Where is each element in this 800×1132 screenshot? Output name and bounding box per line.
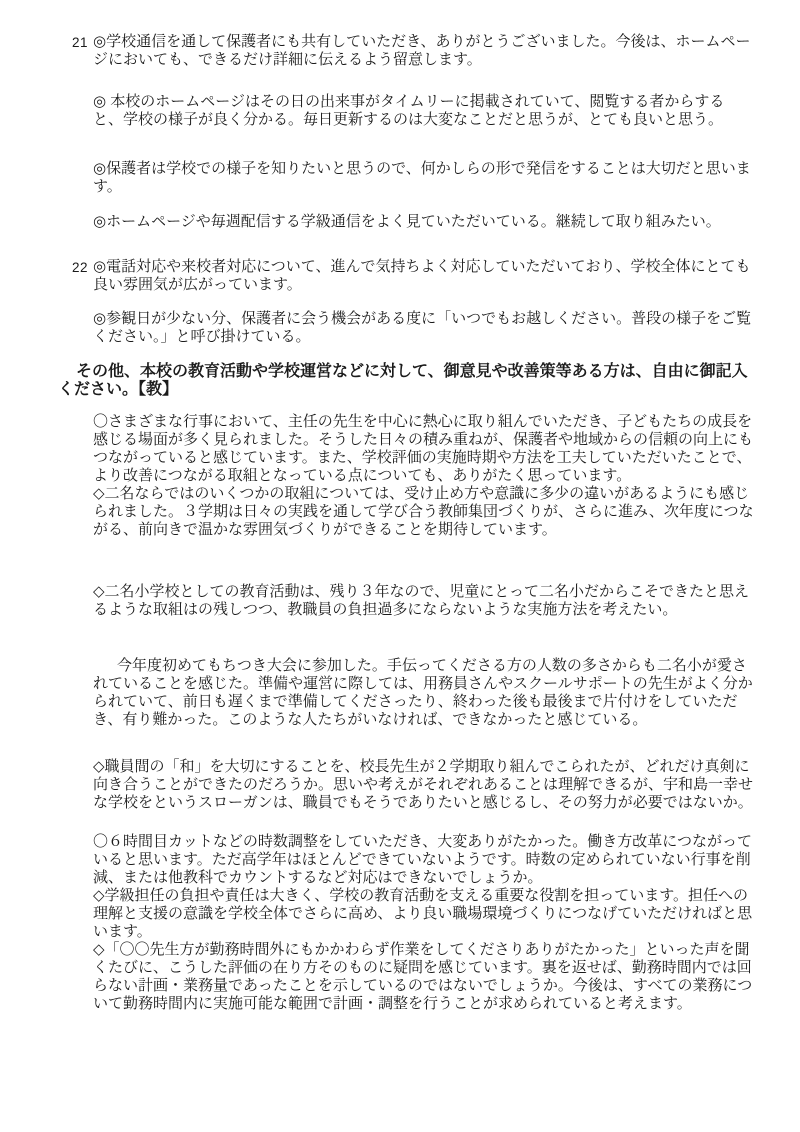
comment-paragraph: ◇「〇〇先生方が勤務時間外にもかかわらず作業をしてくださりありがたかった」といっ… — [93, 941, 754, 1013]
comment-paragraph: ◎学校通信を通して保護者にも共有していただき、ありがとうございました。今後は、ホ… — [93, 33, 754, 69]
item-number: 22 — [72, 259, 88, 277]
comment-paragraph: ◇二名小学校としての教育活動は、残り３年なので、児童にとって二名小だからこそでき… — [93, 583, 754, 619]
item-number: 21 — [72, 34, 88, 52]
item-21: 21 ◎学校通信を通して保護者にも共有していただき、ありがとうございました。今後… — [93, 33, 754, 231]
comment-paragraph: ◇職員間の「和」を大切にすることを、校長先生が２学期取り組んでこられたが、どれだ… — [93, 758, 754, 812]
comment-paragraph: ◇二名ならではのいくつかの取組については、受け止め方や意識に多少の違いがあるよう… — [93, 485, 754, 539]
section-heading: その他、本校の教育活動や学校運営などに対して、御意見や改善策等ある方は、自由に御… — [58, 363, 758, 399]
comment-paragraph: ◎参観日が少ない分、保護者に会う機会がある度に「いつでもお越しください。普段の様… — [93, 310, 754, 346]
comment-paragraph: ◎保護者は学校での様子を知りたいと思うので、何かしらの形で発信をすることは大切だ… — [93, 160, 754, 196]
free-comments-section: 〇さまざまな行事において、主任の先生を中心に熱心に取り組んでいただき、子どもたち… — [93, 413, 754, 1013]
comment-paragraph: 〇さまざまな行事において、主任の先生を中心に熱心に取り組んでいただき、子どもたち… — [93, 413, 754, 485]
item-22: 22 ◎電話対応や来校者対応について、進んで気持ちよく対応していただいており、学… — [93, 258, 754, 346]
comment-paragraph: 〇６時間目カットなどの時数調整をしていただき、大変ありがたかった。働き方改革につ… — [93, 833, 754, 887]
comment-paragraph: ◇学級担任の負担や責任は大きく、学校の教育活動を支える重要な役割を担っています。… — [93, 887, 754, 941]
comment-paragraph: ◎電話対応や来校者対応について、進んで気持ちよく対応していただいており、学校全体… — [93, 258, 754, 294]
comment-paragraph: 今年度初めてもちつき大会に参加した。手伝ってくださる方の人数の多さからも二名小が… — [93, 657, 754, 729]
document-page: 21 ◎学校通信を通して保護者にも共有していただき、ありがとうございました。今後… — [0, 0, 800, 1132]
comment-paragraph: ◎ホームページや毎週配信する学級通信をよく見ていただいている。継続して取り組みた… — [93, 213, 754, 231]
comment-paragraph: ◎ 本校のホームページはその日の出来事がタイムリーに掲載されていて、閲覧する者か… — [93, 93, 754, 129]
